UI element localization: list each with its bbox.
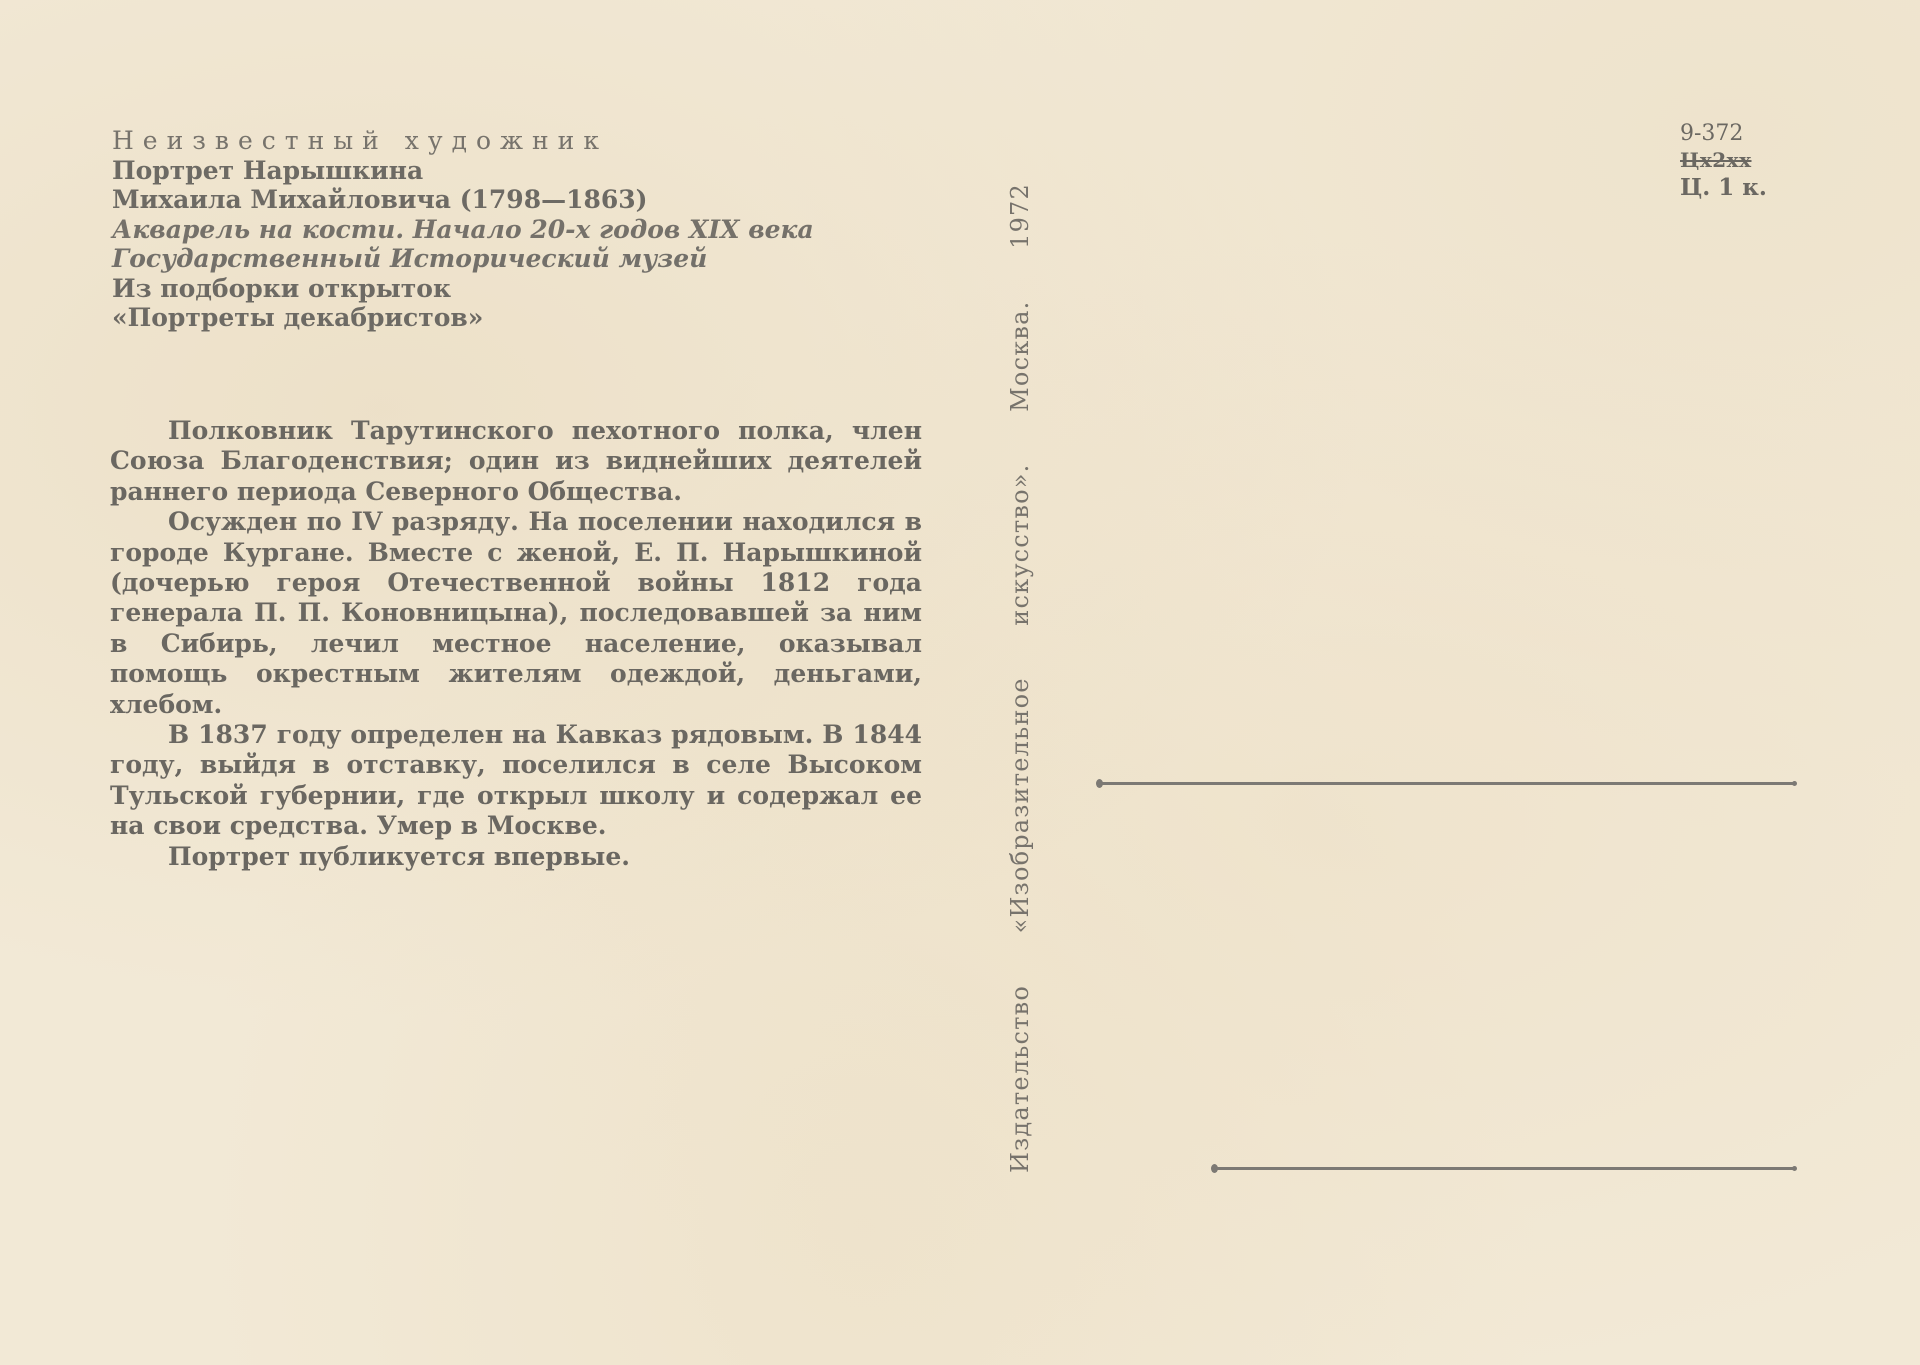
price-label: Ц. 1 к.: [1680, 174, 1767, 201]
publisher-imprint-vertical: Издательство «Изобразительное искусство»…: [1006, 183, 1034, 1173]
medium-and-date: Акварель на кости. Начало 20-х годов XIX…: [112, 215, 932, 245]
biography-text: Полковник Тарутинского пехотного полка, …: [110, 416, 922, 872]
catalog-code: 9-372: [1680, 120, 1767, 147]
sitter-name: Михаила Михайловича: [112, 185, 451, 214]
series-name: «Портреты декабристов»: [112, 303, 932, 333]
caption-block: Неизвестный художник Портрет Нарышкина М…: [112, 126, 932, 333]
sitter-years: (1798—1863): [460, 185, 648, 214]
biography-paragraph: Полковник Тарутинского пехотного полка, …: [110, 416, 922, 507]
portrait-title-line2: Михаила Михайловича (1798—1863): [112, 185, 932, 215]
portrait-title-line1: Портрет Нарышкина: [112, 156, 932, 186]
print-code-block: 9-372 Цх2хх Ц. 1 к.: [1680, 120, 1767, 201]
series-intro: Из подборки открыток: [112, 274, 932, 304]
museum-name: Государственный Исторический музей: [112, 244, 932, 274]
address-line: [1214, 1167, 1795, 1170]
artist-name: Неизвестный художник: [112, 126, 932, 156]
struck-code: Цх2хх: [1680, 147, 1767, 174]
biography-paragraph: Осужден по IV разряду. На поселении нахо…: [110, 507, 922, 720]
biography-paragraph: Портрет публикуется впервые.: [110, 842, 922, 872]
postcard-back: Неизвестный художник Портрет Нарышкина М…: [0, 0, 1920, 1365]
biography-paragraph: В 1837 году определен на Кавказ рядовым.…: [110, 720, 922, 842]
address-line: [1099, 782, 1795, 785]
